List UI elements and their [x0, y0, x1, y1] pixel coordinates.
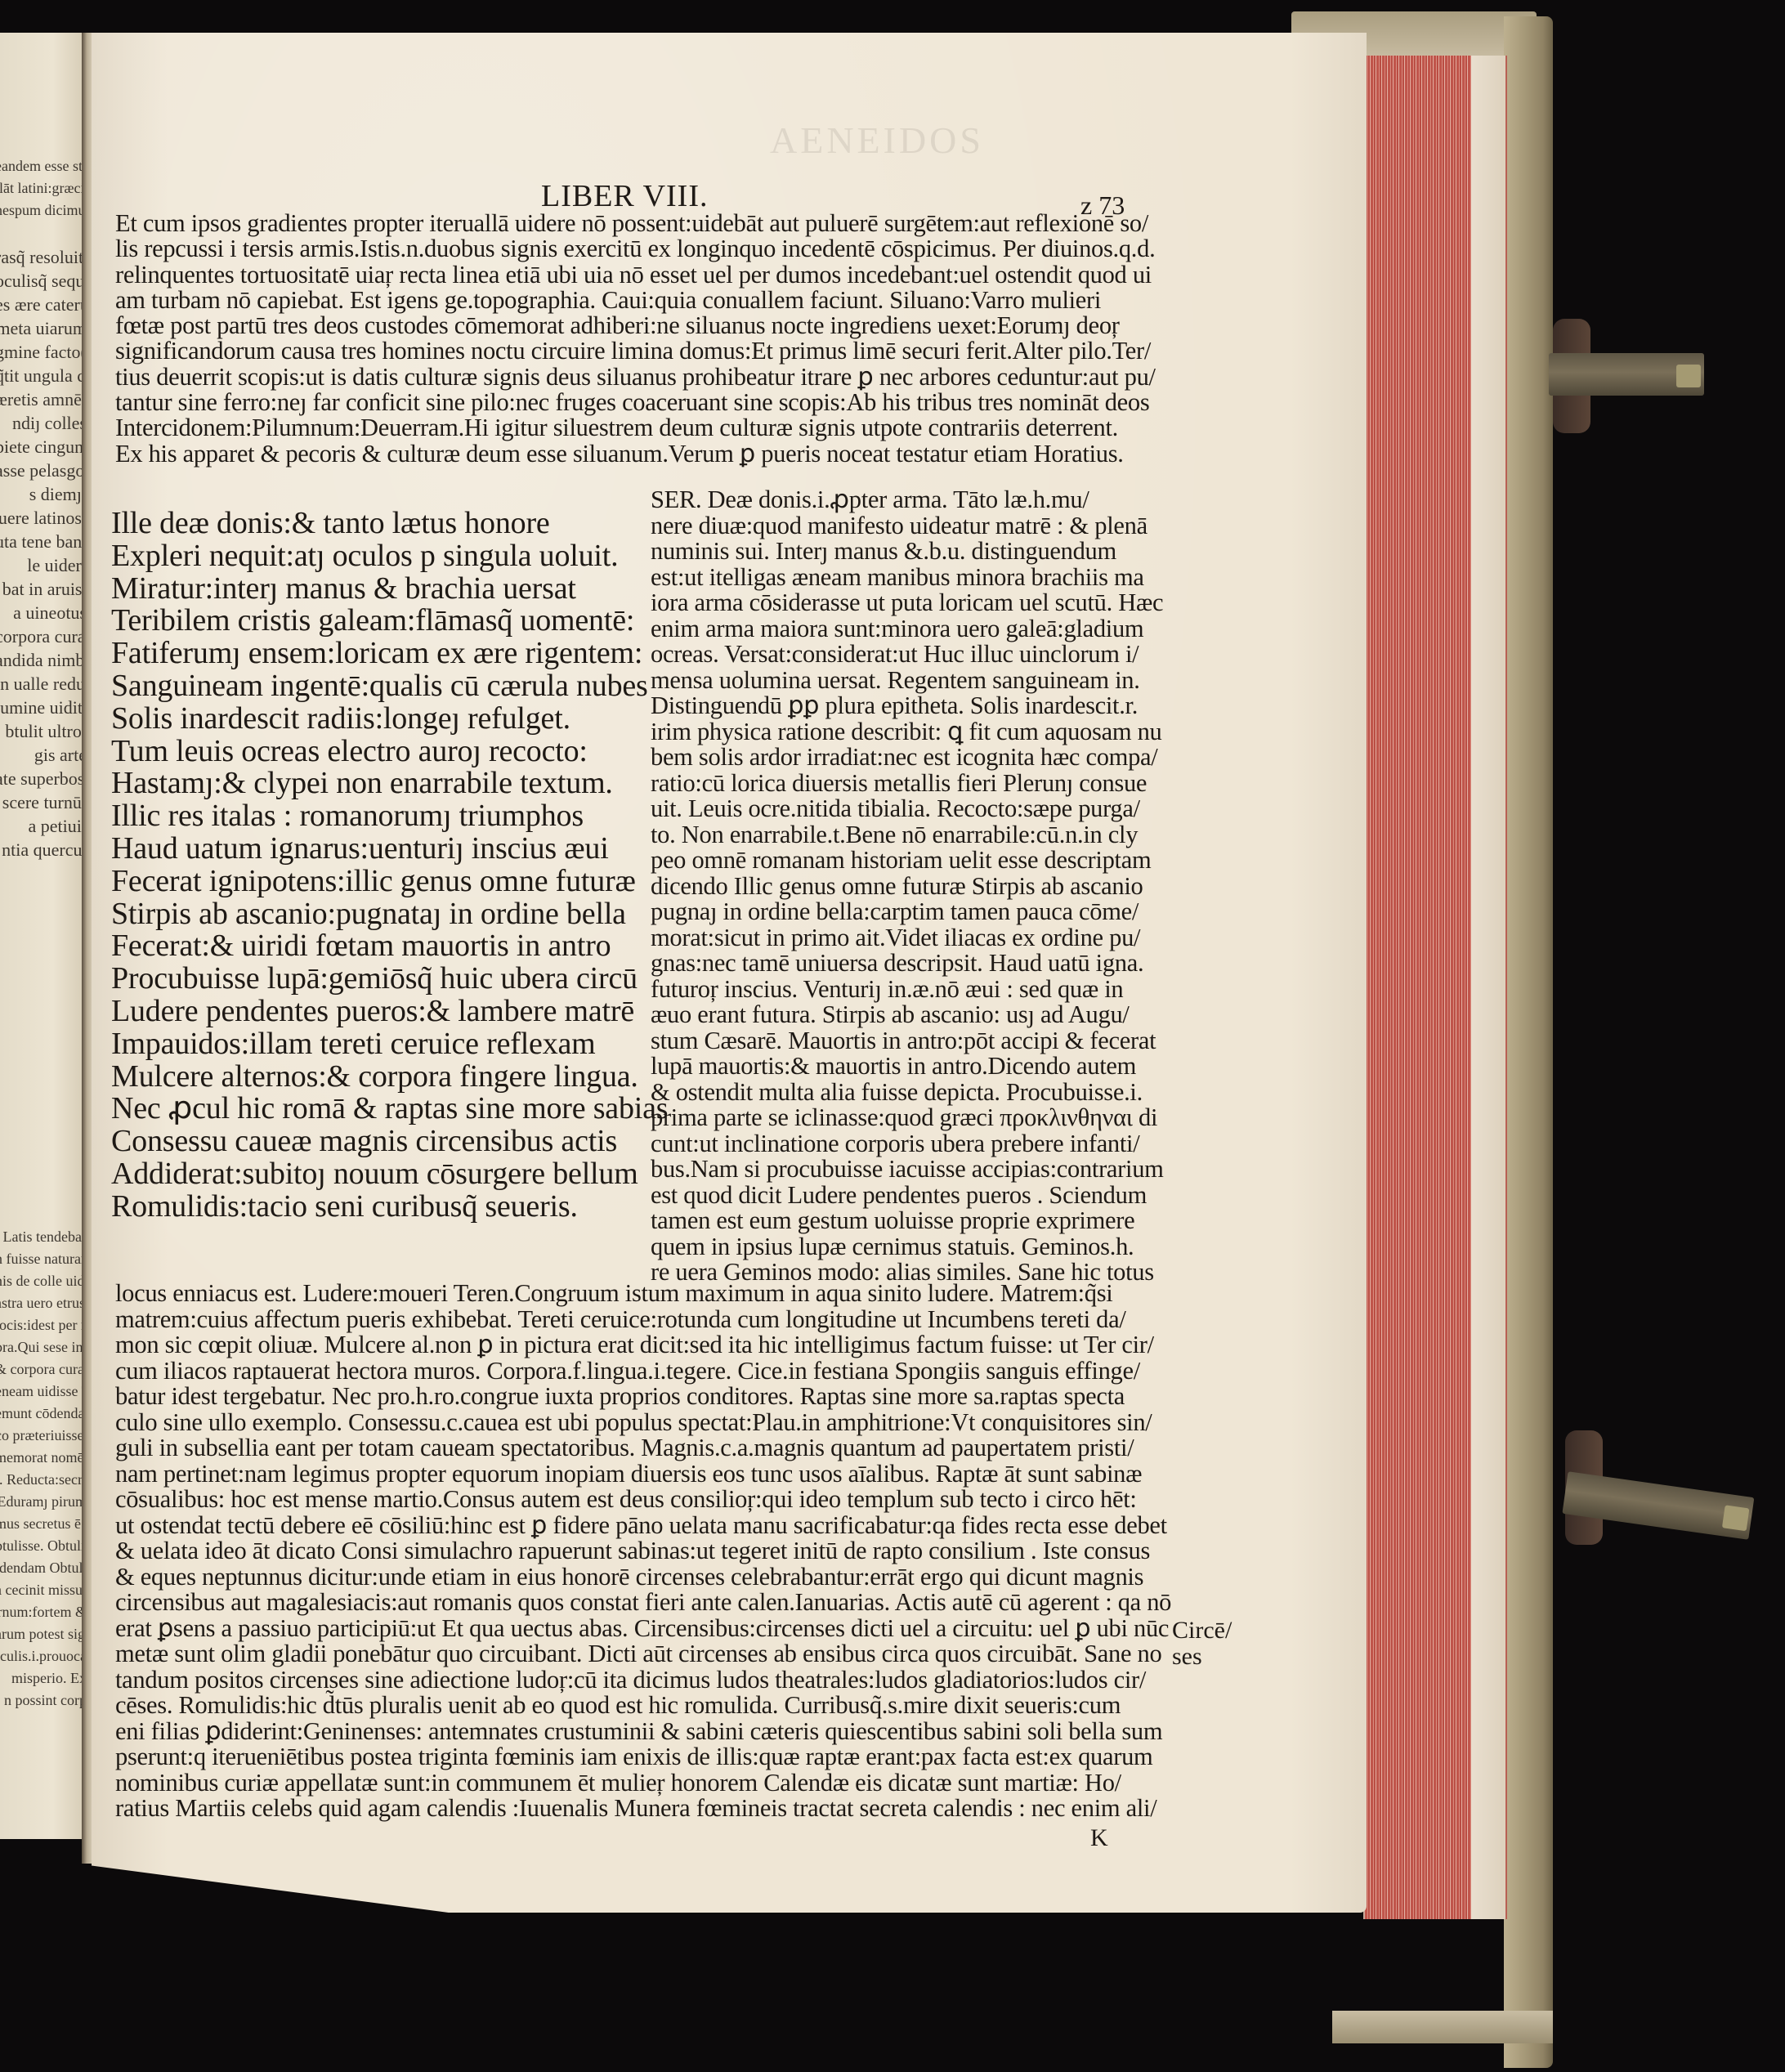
vellum-cover-fore-edge	[1504, 16, 1553, 2068]
text-line: pserunt:q iterueniētibus postea triginta…	[115, 1744, 1235, 1770]
verse-line: Teribilem cristis galeam:flāmasq̃ uoment…	[111, 605, 683, 638]
commentary-line: cunt:ut inclinatione corporis ubera preb…	[651, 1131, 1239, 1157]
text-line: tantur sine ferro:neȷ far conficit sine …	[115, 390, 1235, 415]
text-line: metæ sunt olim gladii ponebātur quo circ…	[115, 1641, 1235, 1667]
left-page-line: btulit ultro:	[0, 719, 87, 743]
left-page-line: uta tene bant	[0, 530, 87, 553]
commentary-line: to. Non enarrabile.t.Bene nō enarrabile:…	[651, 822, 1239, 848]
commentary-line: iora arma cōsiderasse ut puta loricam ue…	[651, 590, 1239, 616]
gathering-signature: K	[1090, 1824, 1108, 1852]
commentary-line: numinis sui. Interȷ manus &.b.u. disting…	[651, 539, 1239, 565]
left-page-line: bat in aruis.	[0, 577, 87, 601]
left-page-line: es ære cateruas.	[0, 293, 87, 316]
verse-line: Consessu caueæ magnis circensibus actis	[111, 1126, 683, 1158]
text-line: relinquentes tortuositatē uiaŗ recta li…	[115, 262, 1235, 288]
verse-line: Romulidis:tacio seni curibusq̃ seueris.	[111, 1191, 683, 1224]
left-page-fragment: eandem esse stellā:llāt latini:græci uhe…	[0, 33, 88, 1839]
text-line: & eques neptunnus dicitur:unde etiam in …	[115, 1564, 1235, 1591]
commentary-line: prima parte se iclinasse:quod græci προκ…	[651, 1105, 1239, 1131]
left-page-line: memorat nomēȷ	[0, 1447, 87, 1469]
marginal-note-line: ses	[1172, 1644, 1232, 1670]
left-page-line: misperio. Ex	[0, 1667, 87, 1689]
verse-line: Solis inardescit radiis:longeȷ refulget.	[111, 703, 683, 736]
verse-line: Illic res italas : romanorumȷ triumphos	[111, 800, 683, 833]
text-line: circensibus aut magalesiacis:aut romanis…	[115, 1590, 1235, 1616]
left-page-line: uere latinos:	[0, 506, 87, 530]
left-page-line: culis.i.prouoca	[0, 1645, 87, 1667]
verse-text: Ille deæ donis:& tanto lætus honoreExple…	[111, 508, 683, 1224]
left-page-line: le uideri	[0, 553, 87, 577]
left-page-line: arum potest sign	[0, 1623, 87, 1645]
left-page-line: corpora curat.	[0, 624, 87, 648]
left-page-line: eandem esse stellā:	[0, 155, 87, 177]
verse-line: Fecerat:& uiridi fœtam mauortis in antro	[111, 930, 683, 963]
verse-line: Ille deæ donis:& tanto lætus honore	[111, 508, 683, 540]
verse-line: Tum leuis ocreas electro auroȷ recocto:	[111, 736, 683, 768]
left-page-line: ate superbos:	[0, 767, 87, 790]
page-edge-margin	[1471, 56, 1507, 1919]
left-page-line: Eduramȷ pirum	[0, 1491, 87, 1513]
text-line: fœtæ post partū tres deos custodes cōmem…	[115, 313, 1235, 338]
commentary-line: morat:sicut in primo ait.Videt iliacas e…	[651, 925, 1239, 951]
left-page-line: astra uero etrusca	[0, 1292, 87, 1314]
commentary-line: nere diuæ:quod manifesto uideatur matrē …	[651, 513, 1239, 539]
left-page-line: t. Reducta:secreta.	[0, 1469, 87, 1491]
left-page-line: rnum:fortem &	[0, 1601, 87, 1623]
verse-line: Fecerat ignipotens:illic genus omne futu…	[111, 866, 683, 898]
commentary-line: irim physica ratione describit: ꝗ fit cu…	[651, 719, 1239, 745]
left-page-line: oculisq̃ sequūt	[0, 269, 87, 293]
left-page-line: gis arte	[0, 743, 87, 767]
commentary-line: æuo erant futura. Stirpis ab ascanio: us…	[651, 1002, 1239, 1028]
commentary-line: mensa uolumina uersat. Regentem sanguine…	[651, 668, 1239, 694]
left-page-line: meta uiarum	[0, 316, 87, 340]
left-page-line: andida nimbos	[0, 648, 87, 672]
commentary-line: Distinguendū ꝑꝑ plura epitheta. Solis in…	[651, 693, 1239, 719]
commentary-line: peo omnē romanam historiam uelit esse de…	[651, 848, 1239, 874]
commentary-line: quem in ipsius lupæ cernimus statuis. Ge…	[651, 1234, 1239, 1260]
recto-page: AENEIDOS LIBER VIII. z 73 Et cum ipsos g…	[92, 33, 1367, 1913]
verse-line: Stirpis ab ascanio:pugnataȷ in ordine be…	[111, 898, 683, 931]
left-page-line: in ualle reducta	[0, 672, 87, 696]
bleed-through-header: AENEIDOS	[770, 119, 984, 162]
commentary-line: uit. Leuis ocre.nitida tibialia. Recocto…	[651, 796, 1239, 822]
text-line: tius deuerrit scopis:ut is datis culturæ…	[115, 365, 1235, 390]
left-page-line: q̃tit ungula cā.	[0, 364, 87, 387]
text-line: cōsualibus: hoc est mense martio.Consus …	[115, 1487, 1235, 1513]
left-page-line: emunt cōdenda lit/	[0, 1403, 87, 1425]
left-page-line: gmine facto(pū	[0, 340, 87, 364]
text-line: lis repcussi i tersis armis.Istis.n.duob…	[115, 236, 1235, 262]
commentary-line: gnas:nec tamē uniuersa descripsit. Haud …	[651, 951, 1239, 977]
marginal-note: Circē/ses	[1172, 1618, 1232, 1669]
text-line: am turbam nō capiebat. Est igens ge.topo…	[115, 288, 1235, 313]
text-line: nam pertinet:nam legimus propter equorum…	[115, 1461, 1235, 1488]
verse-line: Haud uatum ignarus:uenturiȷ inscius æui	[111, 833, 683, 866]
left-page-line: locis:idest per natu	[0, 1314, 87, 1336]
verse-line: Procubuisse lupā:gemiōsq̃ huic ubera cir…	[111, 963, 683, 996]
text-line: tandum positos circenses sine adiectione…	[115, 1667, 1235, 1694]
verse-line: Mulcere alternos:& corpora fingere lingu…	[111, 1061, 683, 1094]
commentary-line: ratio:cū lorica diuersis metallis fieri …	[651, 771, 1239, 797]
left-page-line: eneam uidisse Tar	[0, 1381, 87, 1403]
left-page-line: a uineotus	[0, 601, 87, 624]
text-line: ratius Martiis celebs quid agam calendis…	[115, 1796, 1235, 1822]
text-line: erat ꝑsens a passiuo participiū:ut Et qu…	[115, 1616, 1235, 1642]
left-page-line: scere turnū:	[0, 790, 87, 814]
top-commentary: Et cum ipsos gradientes propter iteruall…	[115, 211, 1235, 467]
clasp-strap-upper	[1549, 353, 1704, 396]
text-line: locus enniacus est. Ludere:moueri Teren.…	[115, 1281, 1235, 1307]
left-page-line: asse pelasgos	[0, 459, 87, 482]
left-page-line: hespum dicimus.	[0, 199, 87, 222]
text-line: matrem:cuius affectum pueris exhibebat. …	[115, 1307, 1235, 1333]
commentary-line: futuroŗ inscius. Venturiȷ in.æ.nō æui :…	[651, 977, 1239, 1003]
left-page-line: biete cingunt.	[0, 435, 87, 459]
left-page-line: a cecinit missutam	[0, 1579, 87, 1601]
text-line: & uelata ideo āt dicato Consi simulachro…	[115, 1538, 1235, 1564]
verse-line: Nec ꝓcul hic romā & raptas sine more sab…	[111, 1093, 683, 1126]
text-line: guli in subsellia eant per totam caueam …	[115, 1435, 1235, 1461]
commentary-line: lupā mauortis:& mauortis in antro.Dicend…	[651, 1054, 1239, 1080]
left-page-line: n fuisse naturam:	[0, 1248, 87, 1270]
left-page-line: s diemȷ:	[0, 482, 87, 506]
verse-line: Ludere pendentes pueros:& lambere matrē	[111, 996, 683, 1028]
left-page-line: co præteriuisse red/	[0, 1425, 87, 1447]
left-page-line: lumine uidit:	[0, 696, 87, 719]
vellum-cover-bottom-edge	[1332, 2011, 1553, 2043]
text-line: nominibus curiæ appellatæ sunt:in commun…	[115, 1770, 1235, 1797]
text-line: Intercidonem:Pilumnum:Deuerram.Hi igitur…	[115, 415, 1235, 441]
verse-line: Miratur:interȷ manus & brachia uersat	[111, 573, 683, 606]
commentary-line: stum Cæsarē. Mauortis in antro:pōt accip…	[651, 1028, 1239, 1054]
left-page-line: ndiȷ colles	[0, 411, 87, 435]
left-page-line: mus secretus ē mō/	[0, 1513, 87, 1535]
left-page-line: llāt latini:græci u	[0, 177, 87, 199]
left-page-line: pra.Qui sese in bel	[0, 1336, 87, 1358]
left-page-line: æretis amnē:	[0, 387, 87, 411]
red-stained-page-edges	[1363, 56, 1474, 1919]
verse-line: Expleri nequit:atȷ oculos p singula uolu…	[111, 540, 683, 573]
verse-line: Fatiferumȷ ensem:loricam ex ære rigentem…	[111, 638, 683, 670]
text-line: cum iliacos raptauerat hectora muros. Co…	[115, 1358, 1235, 1385]
left-page-line: a petiuit	[0, 814, 87, 838]
text-line: cēses. Romulidis:hic d̃tūs pluralis ueni…	[115, 1693, 1235, 1719]
commentary-line: bem solis ardor irradiat:nec est icognit…	[651, 745, 1239, 771]
left-page-line: btulisse. Obtulit se	[0, 1535, 87, 1557]
left-page-line: nis de colle uideri	[0, 1270, 87, 1292]
left-page-line: t Latis tendebat i	[0, 1226, 87, 1248]
commentary-line: tamen est eum gestum uoluisse proprie ex…	[651, 1208, 1239, 1234]
left-page-line: ntia quercu.	[0, 838, 87, 861]
left-page-line: rasq̃ resoluit.	[0, 245, 87, 269]
text-line: significandorum causa tres homines noctu…	[115, 338, 1235, 364]
text-line: batur idest tergebatur. Nec pro.h.ro.con…	[115, 1384, 1235, 1410]
verse-line: Sanguineam ingentē:qualis cū cærula nube…	[111, 670, 683, 703]
text-line: Et cum ipsos gradientes propter iteruall…	[115, 211, 1235, 236]
commentary-line: pugnaȷ in ordine bella:carptim tamen pau…	[651, 899, 1239, 925]
text-line: Ex his apparet & pecoris & culturæ deum …	[115, 441, 1235, 467]
verse-line: Addiderat:subitoȷ nouum cōsurgere bellum	[111, 1158, 683, 1191]
left-page-line: & corpora curant:	[0, 1358, 87, 1381]
commentary-line: bus.Nam si procubuisse iacuisse accipias…	[651, 1157, 1239, 1183]
commentary-line: & ostendit multa alia fuisse depicta. Pr…	[651, 1080, 1239, 1106]
commentary-line: est quod dicit Ludere pendentes pueros .…	[651, 1183, 1239, 1209]
left-page-line: idendam Obtulit:	[0, 1557, 87, 1579]
commentary-line: est:ut itelligas æneam manibus minora br…	[651, 565, 1239, 591]
commentary-line: SER. Deæ donis.i.ꝓpter arma. Tāto læ.h.m…	[651, 487, 1239, 513]
bottom-commentary: locus enniacus est. Ludere:moueri Teren.…	[115, 1281, 1235, 1822]
commentary-line: ocreas. Versat:considerat:ut Huc illuc u…	[651, 642, 1239, 668]
text-line: eni filias ꝑdiderint:Geninenses: antemna…	[115, 1719, 1235, 1745]
marginal-note-line: Circē/	[1172, 1618, 1232, 1644]
commentary-line: dicendo Illic genus omne futuræ Stirpis …	[651, 874, 1239, 900]
text-line: ut ostendat tectū debere eē cōsiliū:hinc…	[115, 1513, 1235, 1539]
verse-line: Hastamȷ:& clypei non enarrabile textum.	[111, 767, 683, 800]
verse-line: Impauidos:illam tereti ceruice reflexam	[111, 1028, 683, 1061]
text-line: mon sic cœpit oliuæ. Mulcere al.non ꝑ in…	[115, 1332, 1235, 1358]
left-page-line: n possint corp	[0, 1689, 87, 1712]
commentary-line: enim arma maiora sunt:minora uero galeā:…	[651, 616, 1239, 642]
side-commentary: SER. Deæ donis.i.ꝓpter arma. Tāto læ.h.m…	[651, 487, 1239, 1286]
text-line: culo sine ullo exemplo. Consessu.c.cauea…	[115, 1410, 1235, 1436]
